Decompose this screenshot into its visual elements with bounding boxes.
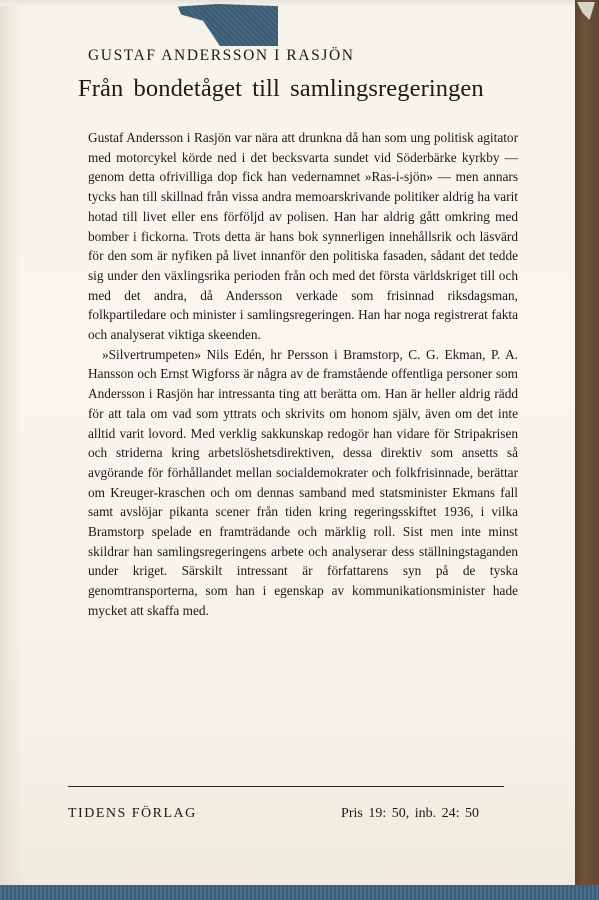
book-spine xyxy=(575,0,599,900)
blurb-text: Gustaf Andersson i Rasjön var nära att d… xyxy=(88,128,518,621)
author-name: Gustaf Andersson i Rasjön xyxy=(88,47,355,65)
blurb-paragraph-2: »Silvertrumpeten» Nils Edén, hr Persson … xyxy=(88,345,518,621)
price-label: Pris 19: 50, inb. 24: 50 xyxy=(341,806,479,822)
publisher-name: Tidens förlag xyxy=(68,806,197,822)
book-title: Från bondetåget till samlingsregeringen xyxy=(78,75,548,103)
cloth-binding-edge xyxy=(0,885,599,900)
torn-paper-area xyxy=(178,4,278,46)
book-back-cover: Gustaf Andersson i Rasjön Från bondetåge… xyxy=(0,0,575,885)
divider-line xyxy=(68,786,504,787)
blurb-paragraph-1: Gustaf Andersson i Rasjön var nära att d… xyxy=(88,128,518,345)
cover-top-edge xyxy=(0,0,575,6)
